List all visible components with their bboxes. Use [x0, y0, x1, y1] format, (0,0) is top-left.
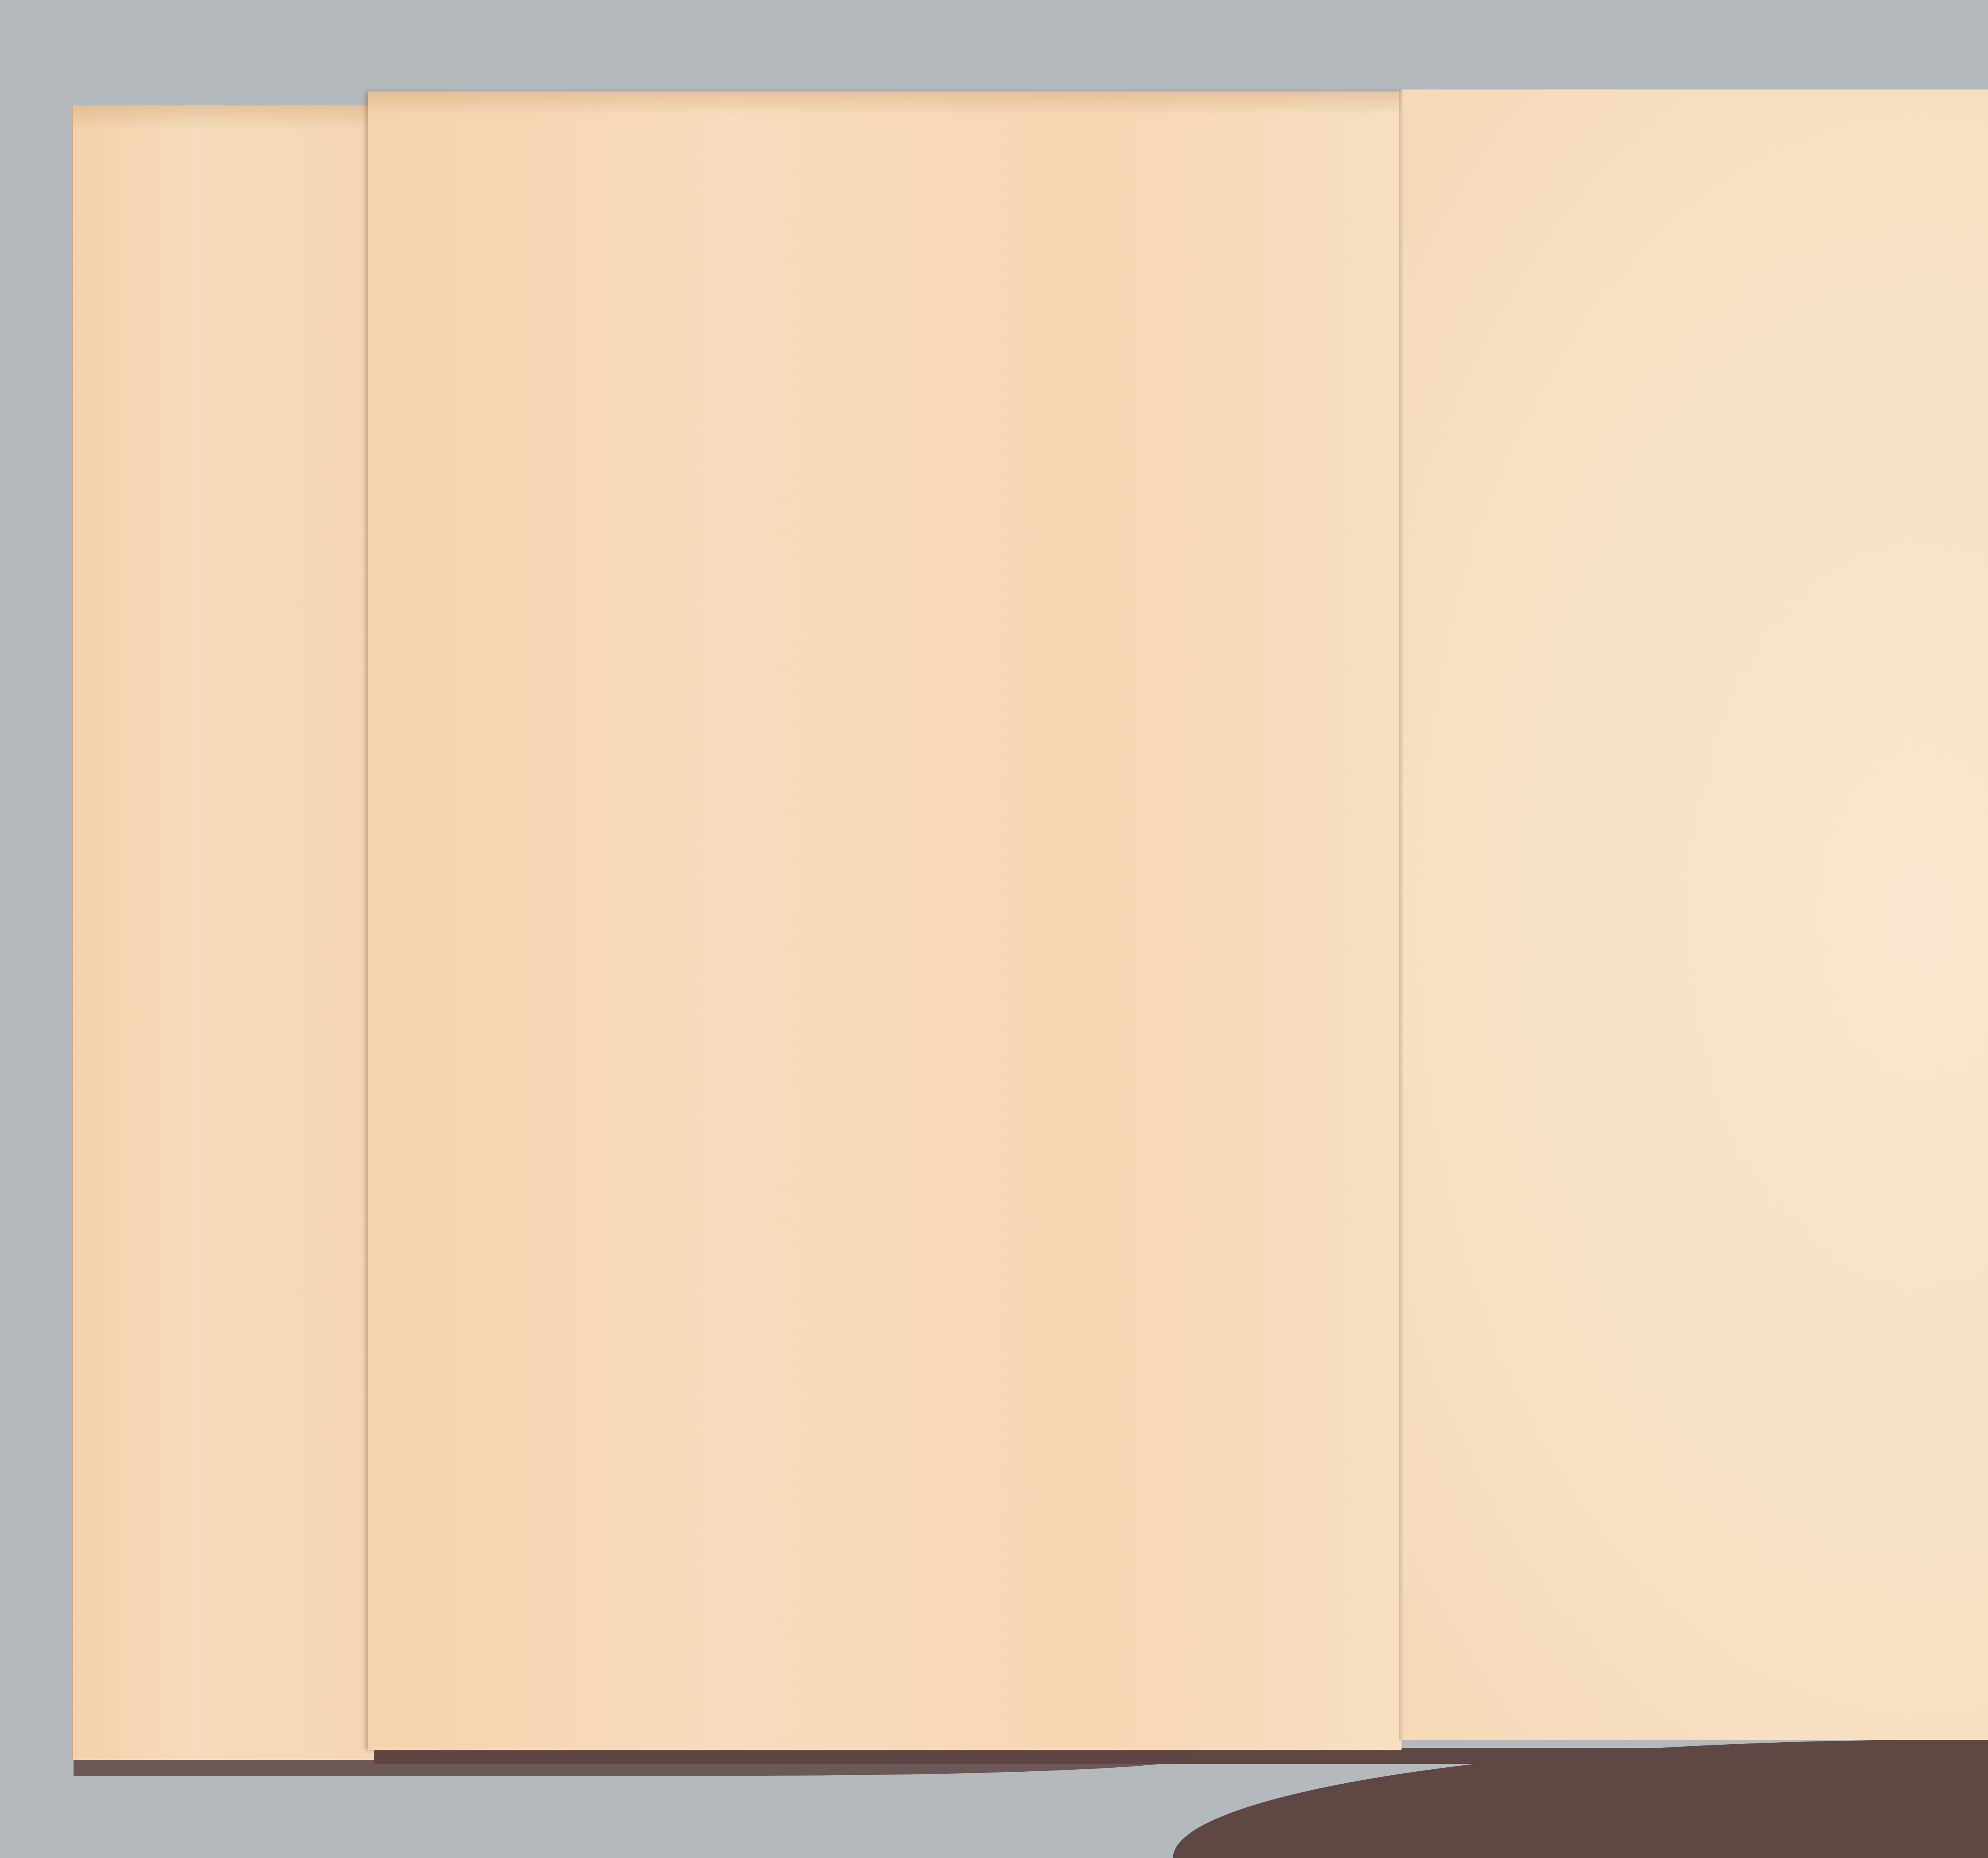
edge-stain	[73, 105, 374, 129]
back-leaf	[72, 105, 374, 1760]
right-page	[1402, 89, 1988, 1740]
book-gutter	[1399, 89, 1404, 1740]
edge-stain	[368, 91, 1402, 115]
leaf-shadow-left	[74, 1758, 1187, 1776]
left-page	[368, 91, 1402, 1750]
